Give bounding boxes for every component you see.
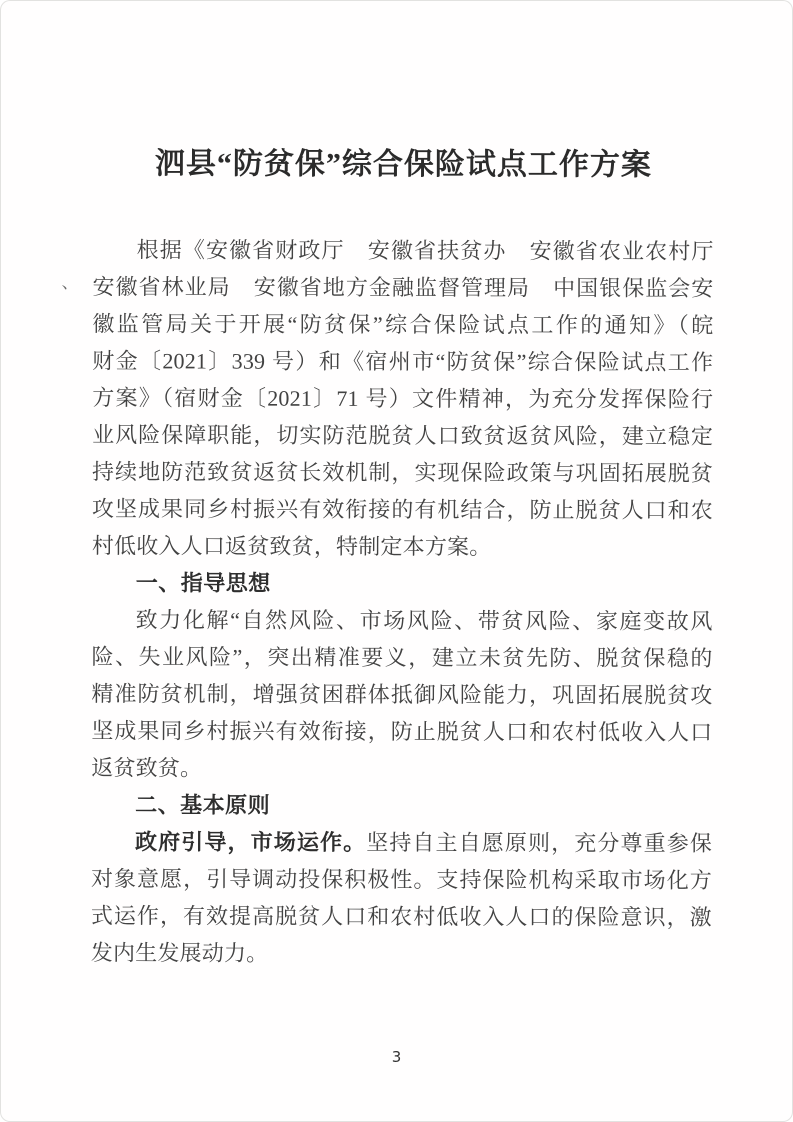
section-heading-2: 二、基本原则	[91, 786, 712, 825]
text-line: 致力化解“自然风险、市场风险、带贫风险、家庭变故风	[92, 601, 713, 640]
text-line: 业风险保障职能，切实防范脱贫人口致贫返贫风险，建立稳定	[92, 416, 713, 455]
text-line: 对象意愿，引导调动投保积极性。支持保险机构采取市场化方	[91, 860, 712, 899]
bold-lead-in: 政府引导，市场运作。	[135, 829, 366, 855]
text-line: 险、失业风险”，突出精准要义，建立未贫先防、脱贫保稳的	[92, 638, 713, 677]
text-line: 安徽省林业局 安徽省地方金融监督管理局 中国银保监会安	[92, 268, 713, 307]
text-line: 精准防贫机制，增强贫困群体抵御风险能力，巩固拓展脱贫攻	[91, 675, 712, 714]
text-line: 持续地防范致贫返贫长效机制，实现保险政策与巩固拓展脱贫	[92, 453, 713, 492]
text-line: 村低收入人口返贫致贫，特制定本方案。	[92, 527, 713, 566]
text-line: 方案》（宿财金〔2021〕71 号）文件精神，为充分发挥保险行	[92, 379, 713, 418]
page-number: 3	[392, 1048, 402, 1066]
paragraph-guiding-ideology: 致力化解“自然风险、市场风险、带贫风险、家庭变故风 险、失业风险”，突出精准要义…	[91, 601, 712, 788]
margin-annotation-mark: 、	[62, 268, 79, 293]
text-line: 徽监管局关于开展“防贫保”综合保险试点工作的通知》（皖	[92, 305, 713, 344]
text-line: 政府引导，市场运作。坚持自主自愿原则，充分尊重参保	[91, 823, 712, 862]
text-line: 坚成果同乡村振兴有效衔接，防止脱贫人口和农村低收入人口	[91, 712, 712, 751]
paragraph-basis: 根据《安徽省财政厅 安徽省扶贫办 安徽省农业农村厅 安徽省林业局 安徽省地方金融…	[92, 231, 714, 566]
text-line: 发内生发展动力。	[91, 934, 712, 973]
section-heading-1: 一、指导思想	[92, 564, 713, 603]
scanned-document-page: 、 泗县“防贫保”综合保险试点工作方案 根据《安徽省财政厅 安徽省扶贫办 安徽省…	[0, 0, 793, 1122]
document-title: 泗县“防贫保”综合保险试点工作方案	[93, 140, 714, 190]
text-line: 根据《安徽省财政厅 安徽省扶贫办 安徽省农业农村厅	[93, 231, 714, 270]
text-line: 攻坚成果同乡村振兴有效衔接的有机结合，防止脱贫人口和农	[92, 490, 713, 529]
text-span: 坚持自主自愿原则，充分尊重参保	[366, 830, 712, 856]
paragraph-basic-principles: 政府引导，市场运作。坚持自主自愿原则，充分尊重参保 对象意愿，引导调动投保积极性…	[91, 823, 712, 973]
text-line: 返贫致贫。	[91, 749, 712, 788]
text-line: 财金〔2021〕339 号）和《宿州市“防贫保”综合保险试点工作	[92, 342, 713, 381]
document-content: 、 泗县“防贫保”综合保险试点工作方案 根据《安徽省财政厅 安徽省扶贫办 安徽省…	[91, 0, 715, 973]
text-line: 式运作，有效提高脱贫人口和农村低收入人口的保险意识，激	[91, 897, 712, 936]
